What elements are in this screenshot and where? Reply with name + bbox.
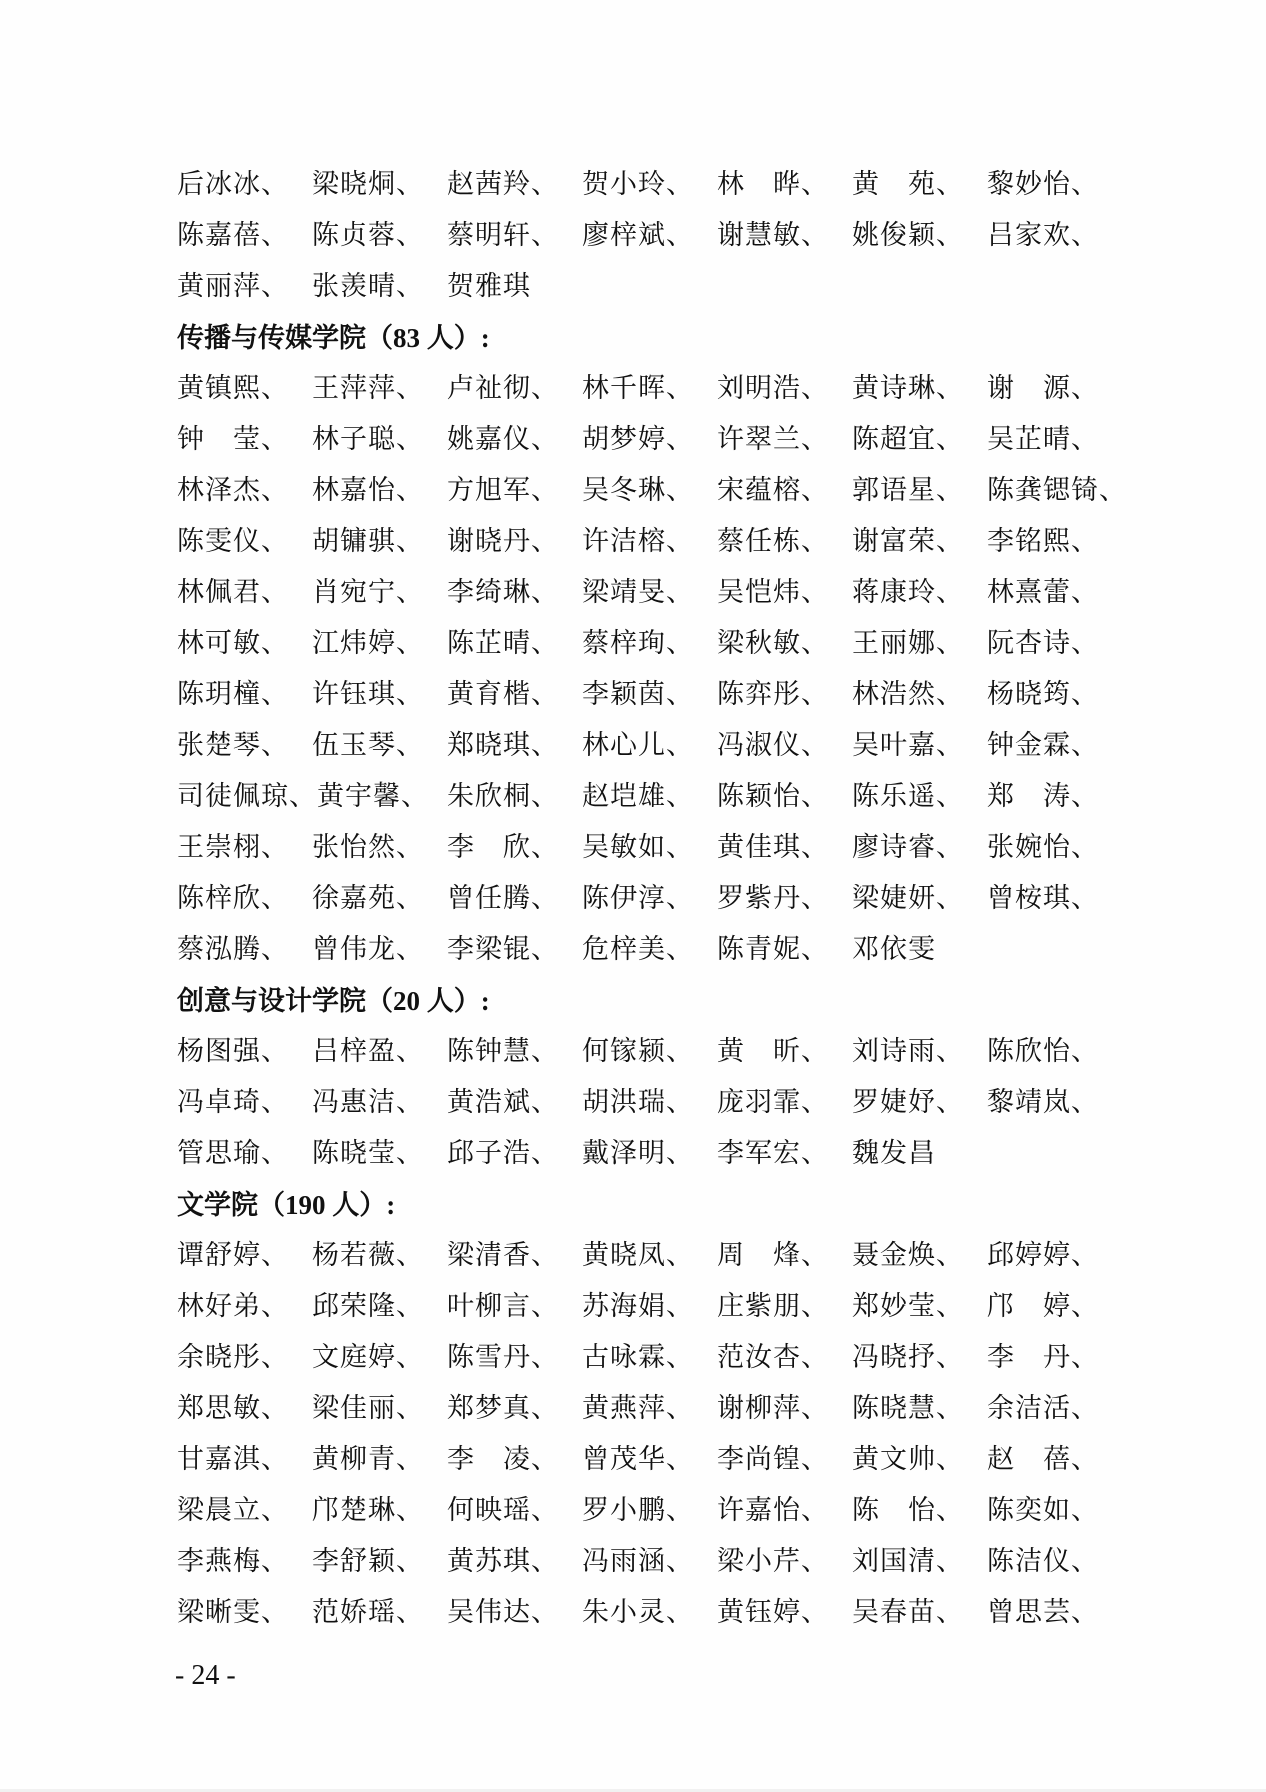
list-item-name: 曾思芸、 [987, 1593, 1099, 1633]
list-item-name: 陈雪丹、 [447, 1338, 559, 1378]
list-item-name: 廖梓斌、 [582, 216, 694, 256]
list-item-name: 梁秋敏、 [717, 624, 829, 664]
list-item-name: 林浩然、 [852, 675, 964, 715]
list-item-name: 余晓彤、 [177, 1338, 289, 1378]
list-item-name: 林 晔、 [717, 165, 829, 205]
list-item-name: 贺雅琪 [447, 267, 531, 307]
list-item-name: 宋蕴榕、 [717, 471, 829, 511]
list-item-name: 杨若薇、 [312, 1236, 424, 1276]
list-item-name: 罗紫丹、 [717, 879, 829, 919]
list-item-name: 冯淑仪、 [717, 726, 829, 766]
list-item-name: 黄丽萍、 [177, 267, 289, 307]
list-item-name: 黄柳青、 [312, 1440, 424, 1480]
list-item-name: 徐嘉苑、 [312, 879, 424, 919]
list-item-name: 刘明浩、 [717, 369, 829, 409]
list-item-name: 林心儿、 [582, 726, 694, 766]
list-item-name: 李军宏、 [717, 1134, 829, 1174]
section-heading-count: （83 人）: [366, 323, 490, 353]
list-item-name: 谢 源、 [987, 369, 1099, 409]
list-item-name: 谢晓丹、 [447, 522, 559, 562]
list-item-name: 张楚琴、 [177, 726, 289, 766]
list-item-name: 李 欣、 [447, 828, 559, 868]
list-item-name: 吴伟达、 [447, 1593, 559, 1633]
name-row: 陈雯仪、胡镛骐、谢晓丹、许洁榕、蔡任栋、谢富荣、李铭熙、 [177, 522, 1137, 573]
list-item-name: 王丽娜、 [852, 624, 964, 664]
name-row: 陈玥橦、许钰琪、黄育楷、李颖茵、陈弈彤、林浩然、杨晓筠、 [177, 675, 1137, 726]
list-item-name: 林好弟、 [177, 1287, 289, 1327]
list-item-name: 江炜婷、 [312, 624, 424, 664]
list-item-name: 许钰琪、 [312, 675, 424, 715]
list-item-name: 陈龚锶锜、 [987, 471, 1127, 511]
list-item-name: 蔡泓腾、 [177, 930, 289, 970]
list-item-name: 谢柳萍、 [717, 1389, 829, 1429]
list-item-name: 黄燕萍、 [582, 1389, 694, 1429]
name-row: 陈嘉蓓、陈贞蓉、蔡明轩、廖梓斌、谢慧敏、姚俊颖、吕家欢、 [177, 216, 1137, 267]
name-row: 梁晰雯、范娇瑶、吴伟达、朱小灵、黄钰婷、吴春苗、曾思芸、 [177, 1593, 1137, 1644]
name-row: 李燕梅、李舒颖、黄苏琪、冯雨涵、梁小芹、刘国清、陈洁仪、 [177, 1542, 1137, 1593]
list-item-name: 黄浩斌、 [447, 1083, 559, 1123]
list-item-name: 李颖茵、 [582, 675, 694, 715]
list-item-name: 邓依雯 [852, 930, 936, 970]
list-item-name: 蔡任栋、 [717, 522, 829, 562]
name-row: 杨图强、吕梓盈、陈钟慧、何镓颍、黄 昕、刘诗雨、陈欣怡、 [177, 1032, 1137, 1083]
list-item-name: 吴敏如、 [582, 828, 694, 868]
name-row: 钟 莹、林子聪、姚嘉仪、胡梦婷、许翠兰、陈超宜、吴芷晴、 [177, 420, 1137, 471]
list-item-name: 李舒颖、 [312, 1542, 424, 1582]
list-item-name: 梁晓烔、 [312, 165, 424, 205]
list-item-name: 吴叶嘉、 [852, 726, 964, 766]
list-item-name: 吴芷晴、 [987, 420, 1099, 460]
list-item-name: 胡梦婷、 [582, 420, 694, 460]
list-item-name: 邝 婷、 [987, 1287, 1099, 1327]
list-item-name: 庞羽霏、 [717, 1083, 829, 1123]
list-item-name: 陈晓莹、 [312, 1134, 424, 1174]
list-item-name: 危梓美、 [582, 930, 694, 970]
list-item-name: 陈嘉蓓、 [177, 216, 289, 256]
list-item-name: 梁清香、 [447, 1236, 559, 1276]
list-item-name: 钟金霖、 [987, 726, 1099, 766]
list-item-name: 黄育楷、 [447, 675, 559, 715]
section-heading-name: 传播与传媒学院 [177, 323, 366, 354]
list-item-name: 蔡梓珣、 [582, 624, 694, 664]
list-item-name: 林熹蕾、 [987, 573, 1099, 613]
name-row: 黄镇熙、王萍萍、卢祉彻、林千晖、刘明浩、黄诗琳、谢 源、 [177, 369, 1137, 420]
name-row: 林佩君、肖宛宁、李绮琳、梁靖旻、吴恺炜、蒋康玲、林熹蕾、 [177, 573, 1137, 624]
list-item-name: 陈青妮、 [717, 930, 829, 970]
list-item-name: 梁小芹、 [717, 1542, 829, 1582]
list-item-name: 何镓颍、 [582, 1032, 694, 1072]
list-item-name: 胡洪瑞、 [582, 1083, 694, 1123]
name-row: 黄丽萍、张羡晴、贺雅琪 [177, 267, 1137, 318]
name-row: 蔡泓腾、曾伟龙、李梁锟、危梓美、陈青妮、邓依雯 [177, 930, 1137, 981]
list-item-name: 蔡明轩、 [447, 216, 559, 256]
list-item-name: 陈钟慧、 [447, 1032, 559, 1072]
list-item-name: 林子聪、 [312, 420, 424, 460]
list-item-name: 陈梓欣、 [177, 879, 289, 919]
list-item-name: 赵垲雄、 [582, 777, 694, 817]
list-item-name: 张婉怡、 [987, 828, 1099, 868]
name-row: 后冰冰、梁晓烔、赵茜羚、贺小玲、林 晔、黄 苑、黎妙怡、 [177, 165, 1137, 216]
list-item-name: 陈贞蓉、 [312, 216, 424, 256]
list-item-name: 刘诗雨、 [852, 1032, 964, 1072]
list-item-name: 梁佳丽、 [312, 1389, 424, 1429]
list-item-name: 后冰冰、 [177, 165, 289, 205]
name-row: 司徒佩琼、黄宇馨、朱欣桐、赵垲雄、陈颖怡、陈乐遥、郑 涛、 [177, 777, 1137, 828]
list-item-name: 陈芷晴、 [447, 624, 559, 664]
list-item-name: 郑晓琪、 [447, 726, 559, 766]
list-item-name: 赵 蓓、 [987, 1440, 1099, 1480]
list-item-name: 黄钰婷、 [717, 1593, 829, 1633]
list-item-name: 梁晰雯、 [177, 1593, 289, 1633]
list-item-name: 姚嘉仪、 [447, 420, 559, 460]
list-item-name: 林泽杰、 [177, 471, 289, 511]
name-row: 梁晨立、邝楚琳、何映瑶、罗小鹏、许嘉怡、陈 怡、陈奕如、 [177, 1491, 1137, 1542]
section-heading: 创意与设计学院（20 人）: [177, 981, 1137, 1032]
list-item-name: 李梁锟、 [447, 930, 559, 970]
list-item-name: 罗小鹏、 [582, 1491, 694, 1531]
list-item-name: 林千晖、 [582, 369, 694, 409]
list-item-name: 林可敏、 [177, 624, 289, 664]
section-heading: 传播与传媒学院（83 人）: [177, 318, 1137, 369]
list-item-name: 陈弈彤、 [717, 675, 829, 715]
list-item-name: 冯卓琦、 [177, 1083, 289, 1123]
list-item-name: 卢祉彻、 [447, 369, 559, 409]
list-item-name: 许洁榕、 [582, 522, 694, 562]
list-item-name: 吴春苗、 [852, 1593, 964, 1633]
name-row: 张楚琴、伍玉琴、郑晓琪、林心儿、冯淑仪、吴叶嘉、钟金霖、 [177, 726, 1137, 777]
name-row: 陈梓欣、徐嘉苑、曾任腾、陈伊淳、罗紫丹、梁婕妍、曾桉琪、 [177, 879, 1137, 930]
list-item-name: 何映瑶、 [447, 1491, 559, 1531]
list-item-name: 吴恺炜、 [717, 573, 829, 613]
list-item-name: 罗婕妤、 [852, 1083, 964, 1123]
list-item-name: 谢富荣、 [852, 522, 964, 562]
list-item-name: 管思瑜、 [177, 1134, 289, 1174]
list-item-name: 郑 涛、 [987, 777, 1099, 817]
list-item-name: 苏海娟、 [582, 1287, 694, 1327]
name-row: 林泽杰、林嘉怡、方旭军、吴冬琳、宋蕴榕、郭语星、陈龚锶锜、 [177, 471, 1137, 522]
list-item-name: 李 凌、 [447, 1440, 559, 1480]
list-item-name: 郑梦真、 [447, 1389, 559, 1429]
list-item-name: 陈乐遥、 [852, 777, 964, 817]
list-item-name: 赵茜羚、 [447, 165, 559, 205]
list-item-name: 许嘉怡、 [717, 1491, 829, 1531]
list-item-name: 肖宛宁、 [312, 573, 424, 613]
section-heading-count: （190 人）: [258, 1190, 395, 1220]
list-item-name: 陈颖怡、 [717, 777, 829, 817]
list-item-name: 范汝杏、 [717, 1338, 829, 1378]
list-item-name: 冯晓抒、 [852, 1338, 964, 1378]
list-item-name: 陈欣怡、 [987, 1032, 1099, 1072]
list-item-name: 曾茂华、 [582, 1440, 694, 1480]
name-row: 管思瑜、陈晓莹、邱子浩、戴泽明、李军宏、魏发昌 [177, 1134, 1137, 1185]
list-item-name: 贺小玲、 [582, 165, 694, 205]
list-item-name: 胡镛骐、 [312, 522, 424, 562]
list-item-name: 吴冬琳、 [582, 471, 694, 511]
list-item-name: 阮杏诗、 [987, 624, 1099, 664]
section-heading: 文学院（190 人）: [177, 1185, 1137, 1236]
name-row: 林可敏、江炜婷、陈芷晴、蔡梓珣、梁秋敏、王丽娜、阮杏诗、 [177, 624, 1137, 675]
list-item-name: 张羡晴、 [312, 267, 424, 307]
list-item-name: 冯惠洁、 [312, 1083, 424, 1123]
list-item-name: 黄 昕、 [717, 1032, 829, 1072]
list-item-name: 谭舒婷、 [177, 1236, 289, 1276]
list-item-name: 陈晓慧、 [852, 1389, 964, 1429]
list-item-name: 聂金焕、 [852, 1236, 964, 1276]
list-item-name: 邱子浩、 [447, 1134, 559, 1174]
list-item-name: 陈 怡、 [852, 1491, 964, 1531]
list-item-name: 邱荣隆、 [312, 1287, 424, 1327]
list-item-name: 黄佳琪、 [717, 828, 829, 868]
name-row: 王崇栩、张怡然、李 欣、吴敏如、黄佳琪、廖诗睿、张婉怡、 [177, 828, 1137, 879]
list-item-name: 黄苏琪、 [447, 1542, 559, 1582]
list-item-name: 李燕梅、 [177, 1542, 289, 1582]
list-item-name: 范娇瑶、 [312, 1593, 424, 1633]
list-item-name: 王崇栩、 [177, 828, 289, 868]
name-row: 余晓彤、文庭婷、陈雪丹、古咏霖、范汝杏、冯晓抒、李 丹、 [177, 1338, 1137, 1389]
list-item-name: 林嘉怡、 [312, 471, 424, 511]
list-item-name: 杨晓筠、 [987, 675, 1099, 715]
page-number: - 24 - [175, 1660, 236, 1692]
list-item-name: 蒋康玲、 [852, 573, 964, 613]
list-item-name: 伍玉琴、 [312, 726, 424, 766]
list-item-name: 黎妙怡、 [987, 165, 1099, 205]
name-row: 甘嘉淇、黄柳青、李 凌、曾茂华、李尚锽、黄文帅、赵 蓓、 [177, 1440, 1137, 1491]
list-item-name: 甘嘉淇、 [177, 1440, 289, 1480]
list-item-name: 刘国清、 [852, 1542, 964, 1582]
name-row: 林好弟、邱荣隆、叶柳言、苏海娟、庄紫朋、郑妙莹、邝 婷、 [177, 1287, 1137, 1338]
list-item-name: 陈奕如、 [987, 1491, 1099, 1531]
list-item-name: 谢慧敏、 [717, 216, 829, 256]
list-item-name: 曾桉琪、 [987, 879, 1099, 919]
section-heading-count: （20 人）: [366, 986, 490, 1016]
list-item-name: 李绮琳、 [447, 573, 559, 613]
list-item-name: 陈玥橦、 [177, 675, 289, 715]
list-item-name: 梁晨立、 [177, 1491, 289, 1531]
list-item-name: 张怡然、 [312, 828, 424, 868]
list-item-name: 古咏霖、 [582, 1338, 694, 1378]
list-item-name: 曾任腾、 [447, 879, 559, 919]
list-item-name: 戴泽明、 [582, 1134, 694, 1174]
list-item-name: 杨图强、 [177, 1032, 289, 1072]
list-item-name: 庄紫朋、 [717, 1287, 829, 1327]
list-item-name: 陈雯仪、 [177, 522, 289, 562]
list-item-name: 陈洁仪、 [987, 1542, 1099, 1582]
list-item-name: 邝楚琳、 [312, 1491, 424, 1531]
list-item-name: 郭语星、 [852, 471, 964, 511]
list-item-name: 邱婷婷、 [987, 1236, 1099, 1276]
name-row: 郑思敏、梁佳丽、郑梦真、黄燕萍、谢柳萍、陈晓慧、余洁活、 [177, 1389, 1137, 1440]
list-item-name: 黎靖岚、 [987, 1083, 1099, 1123]
list-item-name: 叶柳言、 [447, 1287, 559, 1327]
list-item-name: 梁靖旻、 [582, 573, 694, 613]
list-item-name: 陈超宜、 [852, 420, 964, 460]
name-list-content: 后冰冰、梁晓烔、赵茜羚、贺小玲、林 晔、黄 苑、黎妙怡、陈嘉蓓、陈贞蓉、蔡明轩、… [177, 165, 1137, 1644]
list-item-name: 冯雨涵、 [582, 1542, 694, 1582]
list-item-name: 李尚锽、 [717, 1440, 829, 1480]
list-item-name: 林佩君、 [177, 573, 289, 613]
list-item-name: 梁婕妍、 [852, 879, 964, 919]
list-item-name: 朱欣桐、 [447, 777, 559, 817]
list-item-name: 周 烽、 [717, 1236, 829, 1276]
list-item-name: 黄诗琳、 [852, 369, 964, 409]
list-item-name: 李铭熙、 [987, 522, 1099, 562]
list-item-name: 余洁活、 [987, 1389, 1099, 1429]
list-item-name: 陈伊淳、 [582, 879, 694, 919]
list-item-name: 郑思敏、 [177, 1389, 289, 1429]
list-item-name: 文庭婷、 [312, 1338, 424, 1378]
list-item-name: 姚俊颖、 [852, 216, 964, 256]
name-row: 冯卓琦、冯惠洁、黄浩斌、胡洪瑞、庞羽霏、罗婕妤、黎靖岚、 [177, 1083, 1137, 1134]
list-item-name: 魏发昌 [852, 1134, 936, 1174]
list-item-name: 黄宇馨、 [317, 777, 429, 817]
document-page: 后冰冰、梁晓烔、赵茜羚、贺小玲、林 晔、黄 苑、黎妙怡、陈嘉蓓、陈贞蓉、蔡明轩、… [0, 0, 1266, 1792]
list-item-name: 黄晓凤、 [582, 1236, 694, 1276]
list-item-name: 司徒佩琼、 [177, 777, 317, 817]
list-item-name: 朱小灵、 [582, 1593, 694, 1633]
list-item-name: 方旭军、 [447, 471, 559, 511]
list-item-name: 黄文帅、 [852, 1440, 964, 1480]
list-item-name: 廖诗睿、 [852, 828, 964, 868]
list-item-name: 曾伟龙、 [312, 930, 424, 970]
list-item-name: 李 丹、 [987, 1338, 1099, 1378]
list-item-name: 郑妙莹、 [852, 1287, 964, 1327]
list-item-name: 黄镇熙、 [177, 369, 289, 409]
list-item-name: 钟 莹、 [177, 420, 289, 460]
list-item-name: 吕梓盈、 [312, 1032, 424, 1072]
list-item-name: 黄 苑、 [852, 165, 964, 205]
list-item-name: 吕家欢、 [987, 216, 1099, 256]
section-heading-name: 创意与设计学院 [177, 986, 366, 1017]
list-item-name: 王萍萍、 [312, 369, 424, 409]
section-heading-name: 文学院 [177, 1190, 258, 1221]
list-item-name: 许翠兰、 [717, 420, 829, 460]
name-row: 谭舒婷、杨若薇、梁清香、黄晓凤、周 烽、聂金焕、邱婷婷、 [177, 1236, 1137, 1287]
